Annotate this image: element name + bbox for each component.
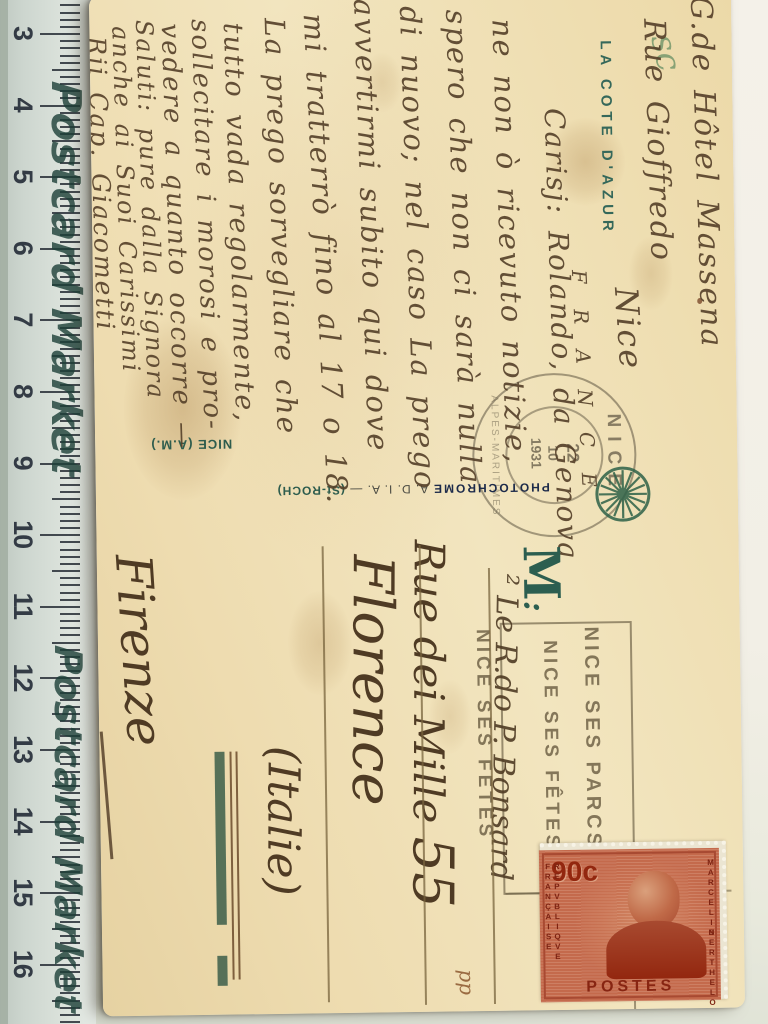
address-country: (Italie)	[257, 746, 309, 896]
address-rule	[322, 546, 330, 1002]
ruler-tick	[52, 498, 80, 500]
ruler-tick	[60, 634, 80, 636]
ruler: 345678910111213141516 Postcard Market Po…	[0, 0, 96, 1024]
ruler-number: 15	[7, 870, 38, 914]
handwritten-message: G.de Hôtel MassenaRue GioffredoNiceF R A…	[731, 0, 745, 1007]
ruler-number: 8	[7, 369, 38, 413]
ruler-tick	[52, 570, 80, 572]
ruler-number: 12	[7, 655, 38, 699]
ruler-tick	[60, 506, 80, 508]
ruler-number: 7	[7, 297, 38, 341]
slogan-line: NICE SES FÊTES	[538, 640, 563, 851]
ruler-tick	[40, 534, 80, 536]
ruler-tick	[60, 47, 80, 49]
ruler-number: 13	[7, 727, 38, 771]
ruler-tick	[60, 12, 80, 14]
ruler-tick	[60, 541, 80, 543]
ruler-number: 16	[7, 942, 38, 986]
ruler-tick	[60, 527, 80, 529]
ruler-tick	[40, 606, 80, 608]
ruler-tick	[60, 577, 80, 579]
ruler-tick	[60, 556, 80, 558]
slogan-line: NICE SES PARCS	[579, 626, 605, 850]
ruler-tick	[60, 513, 80, 515]
ruler-tick	[60, 4, 80, 6]
message-line: Nice	[607, 286, 650, 371]
photo-of-postcard: 345678910111213141516 Postcard Market Po…	[0, 0, 768, 1024]
ruler-tick	[60, 76, 80, 78]
address-street-note: pp	[455, 969, 479, 995]
ruler-tick	[60, 19, 80, 21]
address-street-number: 55	[399, 837, 464, 908]
ruler-tick	[60, 520, 80, 522]
ruler-tick	[52, 642, 80, 644]
message-line: La prego sorvegliare che	[258, 17, 304, 435]
green-bar	[217, 956, 227, 986]
ruler-tick	[60, 62, 80, 64]
ruler-edge	[0, 0, 8, 1024]
ruler-tick	[60, 26, 80, 28]
stamp-country-text: REPVBLIQVE FRANÇAISE	[543, 862, 563, 996]
annotation-flourish	[100, 731, 114, 859]
ruler-number: 4	[7, 83, 38, 127]
ruler-tick	[52, 69, 80, 71]
slogan-lines: NICE SES PARCSNICE SES FÊTESNICE SES FET…	[731, 0, 745, 1007]
portrait-shoulders	[606, 920, 707, 979]
ruler-tick	[60, 549, 80, 551]
ruler-tick	[60, 55, 80, 57]
ruler-tick	[60, 620, 80, 622]
imprint-publisher: PHOTOCHROME	[432, 480, 550, 496]
ruler-number: 5	[7, 154, 38, 198]
country-underline	[229, 752, 234, 980]
postcard-back: LA COTE D'AZUR sc NICE ALPES-MARITIMES 2…	[89, 0, 745, 1016]
ruler-tick	[60, 627, 80, 629]
message-line: mi tratterrò fino al 17 o 18.	[297, 13, 355, 506]
green-rosette-icon	[592, 464, 653, 525]
ruler-number: 9	[7, 441, 38, 485]
ruler-brand-text: Postcard Market	[42, 79, 90, 479]
message-line: G.de Hôtel Massena	[683, 0, 729, 349]
stamp-postes-label: POSTES	[541, 977, 721, 998]
ruler-tick	[60, 563, 80, 565]
ruler-number: 3	[7, 11, 38, 55]
bottom-annotation: Firenze	[104, 552, 175, 748]
stamp-person-first: MARCELIN	[706, 858, 716, 924]
ruler-number: 11	[7, 584, 38, 628]
stamp-design: 90c REPVBLIQVE FRANÇAISE MARCELIN BERTHE…	[539, 848, 721, 1002]
ruler-tick	[60, 40, 80, 42]
address-street: Rue dei Mille 55	[399, 540, 465, 908]
country-underline	[235, 752, 240, 980]
ruler-tick	[60, 1021, 80, 1023]
ruler-number: 10	[7, 512, 38, 556]
ruler-tick	[60, 613, 80, 615]
message-line: di nuovo; nel caso La prego	[393, 6, 442, 491]
green-bar	[214, 752, 226, 925]
postage-stamp: 90c REPVBLIQVE FRANÇAISE MARCELIN BERTHE…	[540, 841, 728, 1002]
message-line: spero che non ci sarà nulla	[439, 9, 488, 486]
address-city: Florence	[339, 555, 405, 806]
ruler-tick	[60, 592, 80, 594]
ruler-brand-text: Postcard Market	[46, 644, 90, 1016]
card-stains	[731, 0, 745, 1007]
series-title: LA COTE D'AZUR	[597, 40, 617, 236]
ruler-number: 6	[7, 226, 38, 270]
scene: 345678910111213141516 Postcard Market Po…	[0, 0, 768, 1024]
ruler-tick	[60, 599, 80, 601]
ruler-tick	[40, 33, 80, 35]
ruler-number: 14	[7, 799, 38, 843]
ruler-tick	[60, 484, 80, 486]
ruler-tick	[60, 491, 80, 493]
ruler-tick	[60, 584, 80, 586]
message-line: avvertirmi subito qui dove	[347, 0, 395, 453]
